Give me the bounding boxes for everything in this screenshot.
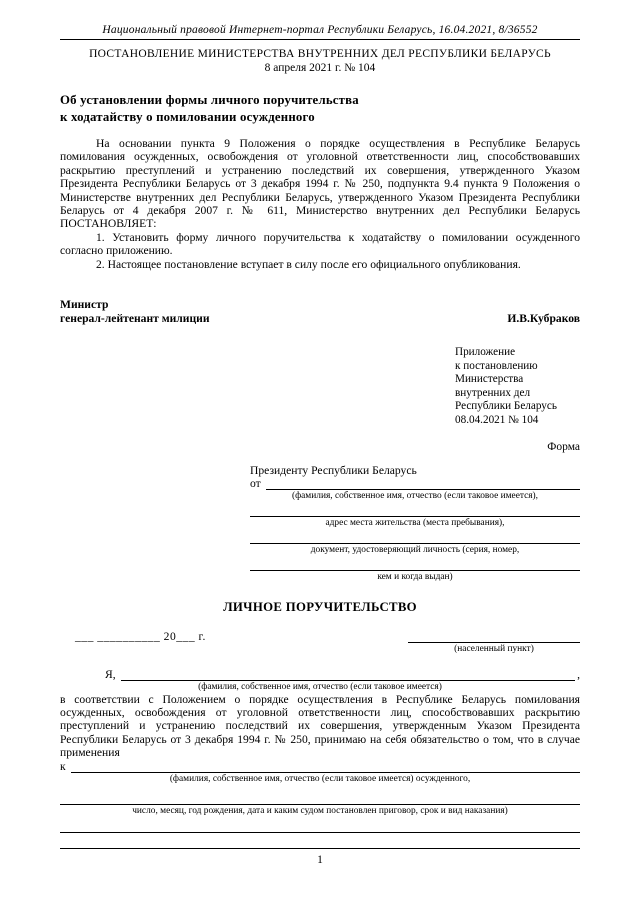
place-blank-line (408, 630, 580, 643)
address-caption: адрес места жительства (места пребывания… (250, 518, 580, 529)
details-blank-line-3 (60, 833, 580, 849)
convict-caption: (фамилия, собственное имя, отчество (есл… (60, 774, 580, 785)
form-title: ЛИЧНОЕ ПОРУЧИТЕЛЬСТВО (60, 600, 580, 615)
signature-block: Министр генерал-лейтенант милиции И.В.Ку… (60, 298, 580, 325)
to-label: к (60, 760, 66, 773)
masthead: Национальный правовой Интернет-портал Ре… (60, 24, 580, 40)
appendix-line: Приложение (455, 346, 580, 360)
from-blank-line (266, 477, 580, 490)
place-field: (населенный пункт) (408, 630, 580, 655)
appendix-line: Республики Беларусь (455, 400, 580, 414)
from-field: от (250, 477, 580, 490)
decree-point-1: 1. Установить форму личного поручительст… (60, 231, 580, 258)
signature-name: И.В.Кубраков (507, 312, 580, 326)
details-blank-line-2 (60, 817, 580, 833)
document-page: Национальный правовой Интернет-портал Ре… (0, 0, 640, 905)
declarant-label: Я, (105, 668, 116, 681)
date-blank: ___ __________ 20___ г. (60, 630, 206, 643)
appendix-line: к постановлению (455, 360, 580, 374)
document-blank-line (250, 529, 580, 544)
signature-position-line2: генерал-лейтенант милиции (60, 312, 210, 326)
details-caption: число, месяц, год рождения, дата и каким… (60, 806, 580, 817)
address-blank-line (250, 502, 580, 517)
from-label: от (250, 477, 261, 490)
addressee-block: Президенту Республики Беларусь от (фамил… (250, 464, 580, 583)
decree-date-number: 8 апреля 2021 г. № 104 (60, 62, 580, 74)
decree-authority: ПОСТАНОВЛЕНИЕ МИНИСТЕРСТВА ВНУТРЕННИХ ДЕ… (60, 48, 580, 60)
date-place-row: ___ __________ 20___ г. (населенный пунк… (60, 630, 580, 655)
decree-title-line2: к ходатайству о помиловании осужденного (60, 109, 580, 126)
issued-caption: кем и когда выдан) (250, 572, 580, 583)
decree-title: Об установлении формы личного поручитель… (60, 92, 580, 126)
decree-point-2: 2. Настоящее постановление вступает в си… (60, 258, 580, 271)
appendix-line: внутренних дел (455, 387, 580, 401)
name-caption: (фамилия, собственное имя, отчество (есл… (250, 491, 580, 502)
addressee: Президенту Республики Беларусь (250, 464, 580, 477)
page-number: 1 (60, 854, 580, 866)
details-blank-line-1 (60, 789, 580, 805)
appendix-block: Приложение к постановлению Министерства … (455, 346, 580, 428)
signature-position-line1: Министр (60, 298, 210, 312)
issued-blank-line (250, 556, 580, 571)
document-caption: документ, удостоверяющий личность (серия… (250, 545, 580, 556)
declarant-caption: (фамилия, собственное имя, отчество (есл… (60, 682, 580, 693)
appendix-line: 08.04.2021 № 104 (455, 414, 580, 428)
declarant-blank-line (121, 668, 575, 681)
signature-position: Министр генерал-лейтенант милиции (60, 298, 210, 325)
decree-preamble: На основании пункта 9 Положения о порядк… (60, 137, 580, 231)
appendix-line: Министерства (455, 373, 580, 387)
convict-blank-line (71, 760, 580, 773)
declarant-suffix: , (577, 668, 580, 681)
place-caption: (населенный пункт) (408, 644, 580, 655)
details-section: число, месяц, год рождения, дата и каким… (60, 789, 580, 849)
declarant-field: Я, , (60, 668, 580, 681)
pledge-body: в соответствии с Положением о порядке ос… (60, 693, 580, 760)
form-label: Форма (60, 441, 580, 453)
decree-title-line1: Об установлении формы личного поручитель… (60, 92, 580, 109)
convict-field: к (60, 760, 580, 773)
